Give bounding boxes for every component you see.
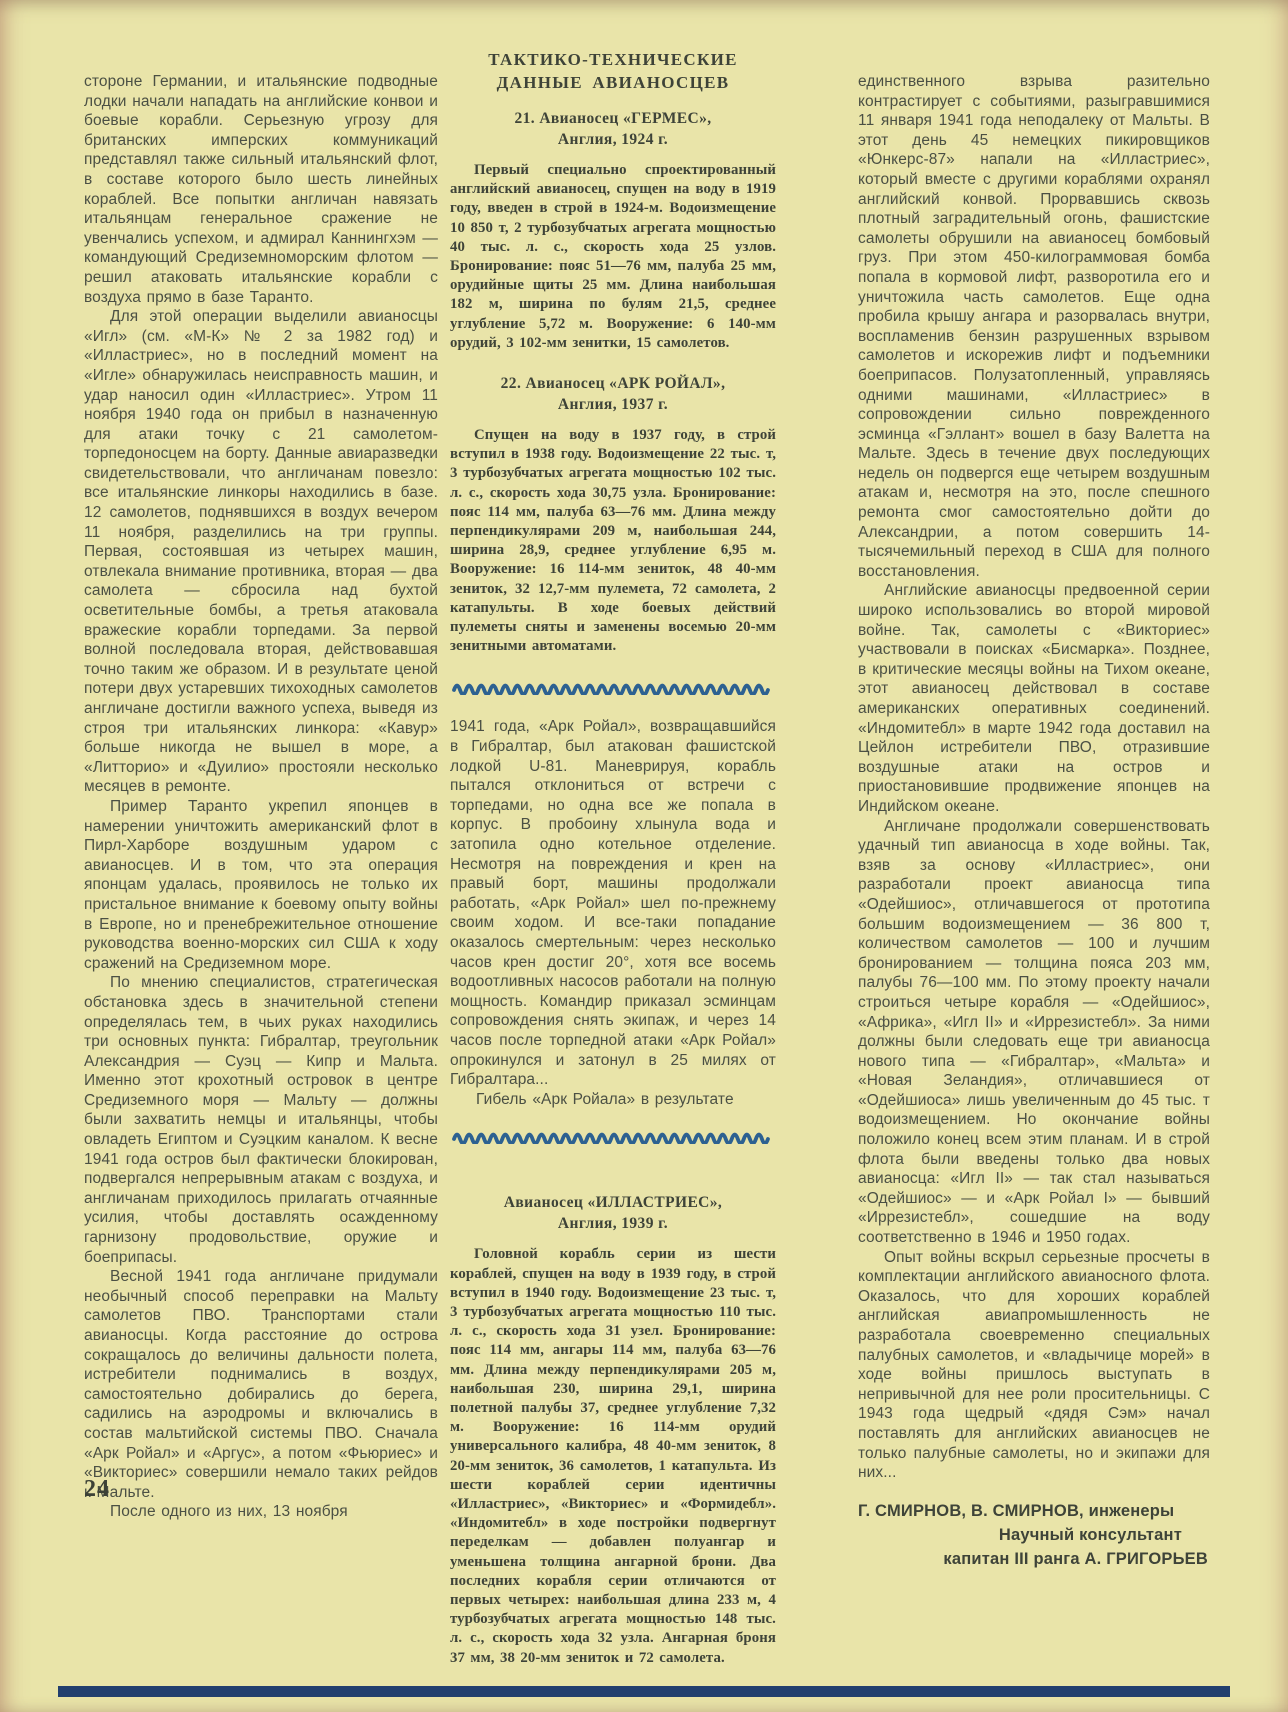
paragraph: Опыт войны вскрыл серьезные просчеты в к… bbox=[858, 1248, 1210, 1483]
page-number: 24 bbox=[84, 1476, 110, 1503]
spec-body: Первый специально спроектированный англи… bbox=[450, 161, 776, 353]
entry-heading-line: Англия, 1924 г. bbox=[450, 129, 776, 150]
author-signature: Г. СМИРНОВ, В. СМИРНОВ, инженеры Научный… bbox=[858, 1499, 1210, 1571]
wavy-divider bbox=[452, 1131, 774, 1144]
signature-authors: Г. СМИРНОВ, В. СМИРНОВ, инженеры bbox=[858, 1499, 1210, 1523]
column-left: стороне Германии, и итальянские подводны… bbox=[84, 72, 438, 1522]
signature-consultant-title: Научный консультант bbox=[858, 1523, 1210, 1547]
entry-heading-line: 22. Авианосец «АРК РОЙАЛ», bbox=[450, 373, 776, 394]
paragraph: Весной 1941 года англичане придумали нео… bbox=[84, 1267, 438, 1502]
wavy-divider bbox=[452, 682, 774, 695]
column-middle: ТАКТИКО-ТЕХНИЧЕСКИЕ ДАННЫЕ АВИАНОСЦЕВ 21… bbox=[450, 48, 776, 1688]
paragraph: После одного из них, 13 ноября bbox=[84, 1502, 438, 1522]
entry-heading: 22. Авианосец «АРК РОЙАЛ», Англия, 1937 … bbox=[450, 373, 776, 415]
column-left-text: стороне Германии, и итальянские подводны… bbox=[84, 72, 438, 1522]
paragraph: Для этой операции выделили авианосцы «Иг… bbox=[84, 307, 438, 797]
spec-entry-illustrious: Авианосец «ИЛЛАСТРИЕС», Англия, 1939 г. … bbox=[450, 1192, 776, 1667]
paragraph: Английские авианосцы предвоенной серии ш… bbox=[858, 581, 1210, 816]
paragraph: единственного взрыва разительно контраст… bbox=[858, 72, 1210, 581]
paragraph: Англичане продолжали совершенствовать уд… bbox=[858, 817, 1210, 1248]
paragraph: 1941 года, «Арк Ройал», возвращавшийся в… bbox=[450, 717, 776, 1089]
paragraph: По мнению специалистов, стратегическая о… bbox=[84, 973, 438, 1267]
spec-entry-hermes: 21. Авианосец «ГЕРМЕС», Англия, 1924 г. … bbox=[450, 108, 776, 353]
entry-heading-line: Англия, 1939 г. bbox=[450, 1213, 776, 1234]
narrative-text: 1941 года, «Арк Ройал», возвращавшийся в… bbox=[450, 717, 776, 1109]
magazine-page: стороне Германии, и итальянские подводны… bbox=[0, 0, 1288, 1712]
signature-consultant-name: капитан III ранга А. ГРИГОРЬЕВ bbox=[858, 1547, 1210, 1571]
paragraph: Гибель «Арк Ройала» в результате bbox=[450, 1090, 776, 1110]
section-title: ТАКТИКО-ТЕХНИЧЕСКИЕ ДАННЫЕ АВИАНОСЦЕВ bbox=[450, 48, 776, 94]
paragraph: стороне Германии, и итальянские подводны… bbox=[84, 72, 438, 307]
column-right-text: единственного взрыва разительно контраст… bbox=[858, 72, 1210, 1483]
entry-heading-line: Авианосец «ИЛЛАСТРИЕС», bbox=[450, 1192, 776, 1213]
paragraph: Пример Таранто укрепил японцев в намерен… bbox=[84, 797, 438, 973]
entry-heading: Авианосец «ИЛЛАСТРИЕС», Англия, 1939 г. bbox=[450, 1192, 776, 1234]
spec-body: Головной корабль серии из шести кораблей… bbox=[450, 1245, 776, 1667]
entry-heading-line: 21. Авианосец «ГЕРМЕС», bbox=[450, 108, 776, 129]
spec-body: Спущен на воду в 1937 году, в строй всту… bbox=[450, 426, 776, 656]
column-right: единственного взрыва разительно контраст… bbox=[858, 72, 1210, 1571]
footer-rule-bar bbox=[58, 1686, 1230, 1697]
entry-heading-line: Англия, 1937 г. bbox=[450, 394, 776, 415]
spec-entry-ark-royal: 22. Авианосец «АРК РОЙАЛ», Англия, 1937 … bbox=[450, 373, 776, 656]
entry-heading: 21. Авианосец «ГЕРМЕС», Англия, 1924 г. bbox=[450, 108, 776, 150]
